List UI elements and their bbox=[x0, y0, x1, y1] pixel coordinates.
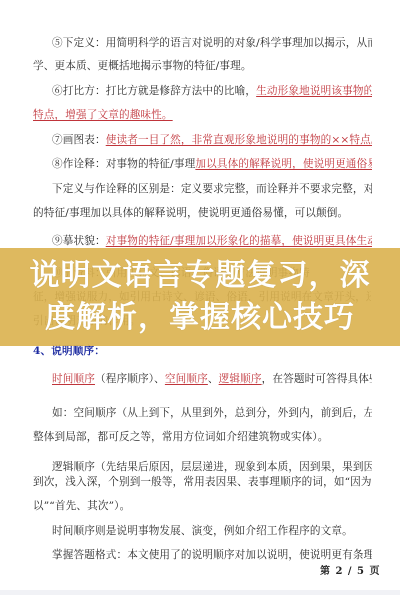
text-line: ⑦画图表：使读者一目了然，非常直观形象地说明的事物的××特点。 bbox=[52, 133, 372, 147]
text-segment: 学、更本质、更概括地揭示事物的特征/事理。 bbox=[33, 60, 252, 72]
text-segment: ⑨摹状貌： bbox=[52, 235, 106, 247]
heading-text: 4、说明顺序： bbox=[33, 345, 105, 357]
text-segment: ⑥打比方：打比方就是修辞方法中的比喻， bbox=[52, 85, 256, 97]
text-segment: （程序顺序）、 bbox=[95, 373, 165, 385]
text-segment: 掌握答题格式：本文使用了的说明顺序对加以说明，使说明更有条理性， bbox=[52, 549, 372, 561]
emphasis-text: 生动形象地说明该事物的×× bbox=[256, 85, 372, 97]
text-segment: 整体到局部，都可反之等，常用方位词如介绍建筑物或实体）。 bbox=[33, 431, 329, 443]
text-segment: 到次，浅入深，个别到一般等，常用表因果、表事理顺序的词，如“因为、所 bbox=[33, 476, 371, 488]
text-line: 逻辑顺序（先结果后原因，层层递进，现象到本质，因到果，果到因，主 bbox=[52, 460, 372, 474]
emphasis-text: 逻辑顺序 bbox=[219, 373, 262, 385]
text-line: ⑧作诠释：对事物的特征/事理加以具体的解释说明，使说明更通俗易懂。 bbox=[52, 157, 372, 171]
text-line: ⑨摹状貌：对事物的特征/事理加以形象化的描摹，使说明更具体生动形象。 bbox=[52, 234, 372, 248]
text-line: 特点，增强了文章的趣味性。 bbox=[33, 108, 371, 122]
section-heading: 4、说明顺序： bbox=[33, 344, 371, 358]
emphasis-text: 加以具体的解释说明，使说明更通俗易懂。 bbox=[195, 158, 372, 170]
page-number: 第 2 / 5 页 bbox=[320, 562, 381, 577]
text-line: 整体到局部，都可反之等，常用方位词如介绍建筑物或实体）。 bbox=[33, 430, 371, 444]
text-segment: 的特征/事理加以具体的解释说明，使说明更通俗易懂，可以颠倒。 bbox=[33, 207, 348, 219]
text-segment: 以”“首先、其次”）。 bbox=[33, 500, 130, 512]
emphasis-text: 使读者一目了然，非常直观形象地说明的事物的××特点。 bbox=[106, 134, 372, 146]
text-line: 时间顺序（程序顺序）、空间顺序、逻辑顺序，在答题时可答得具体些。 bbox=[52, 372, 372, 386]
banner-title-line-1: 说明文语言专题复习，深 bbox=[0, 256, 400, 296]
text-line: 下定义与作诠释的区别是：定义要求完整，而诠释并不要求完整，对事物 bbox=[52, 182, 372, 196]
text-line: 以”“首先、其次”）。 bbox=[33, 499, 371, 513]
text-line: 的特征/事理加以具体的解释说明，使说明更通俗易懂，可以颠倒。 bbox=[33, 206, 371, 220]
text-line: 时间顺序则是说明事物发展、演变，例如介绍工作程序的文章。 bbox=[52, 524, 372, 538]
text-line: 如：空间顺序（从上到下，从里到外，总到分，外到内，前到后，左到右， bbox=[52, 406, 372, 420]
text-segment: ⑤下定义：用简明科学的语言对说明的对象/科学事理加以揭示，从而更科 bbox=[52, 37, 372, 49]
text-segment: ，在答题时可答得具体些。 bbox=[262, 373, 372, 385]
text-segment: 时间顺序则是说明事物发展、演变，例如介绍工作程序的文章。 bbox=[52, 525, 353, 537]
text-line: 学、更本质、更概括地揭示事物的特征/事理。 bbox=[33, 59, 371, 73]
text-segment: 如：空间顺序（从上到下，从里到外，总到分，外到内，前到后，左到右， bbox=[52, 407, 372, 419]
text-line: ⑥打比方：打比方就是修辞方法中的比喻，生动形象地说明该事物的×× bbox=[52, 84, 372, 98]
banner-title-line-2: 度解析，掌握核心技巧 bbox=[0, 298, 400, 338]
emphasis-text: 时间顺序 bbox=[52, 373, 95, 385]
text-segment: 、 bbox=[208, 373, 219, 385]
emphasis-text: 特点，增强了文章的趣味性。 bbox=[33, 109, 173, 121]
emphasis-text: 对事物的特征/事理加以形象化的描摹，使说明更具体生动形象。 bbox=[106, 235, 372, 247]
page-bottom-edge bbox=[0, 590, 400, 595]
text-segment: 逻辑顺序（先结果后原因，层层递进，现象到本质，因到果，果到因，主 bbox=[52, 461, 372, 473]
text-segment: ⑧作诠释：对事物的特征/事理 bbox=[52, 158, 195, 170]
text-line: 到次，浅入深，个别到一般等，常用表因果、表事理顺序的词，如“因为、所 bbox=[33, 475, 371, 489]
emphasis-text: 空间顺序 bbox=[165, 373, 208, 385]
text-line: ⑤下定义：用简明科学的语言对说明的对象/科学事理加以揭示，从而更科 bbox=[52, 36, 372, 50]
text-line: 掌握答题格式：本文使用了的说明顺序对加以说明，使说明更有条理性， bbox=[52, 548, 372, 562]
text-segment: ⑦画图表： bbox=[52, 134, 106, 146]
text-segment: 下定义与作诠释的区别是：定义要求完整，而诠释并不要求完整，对事物 bbox=[52, 183, 372, 195]
